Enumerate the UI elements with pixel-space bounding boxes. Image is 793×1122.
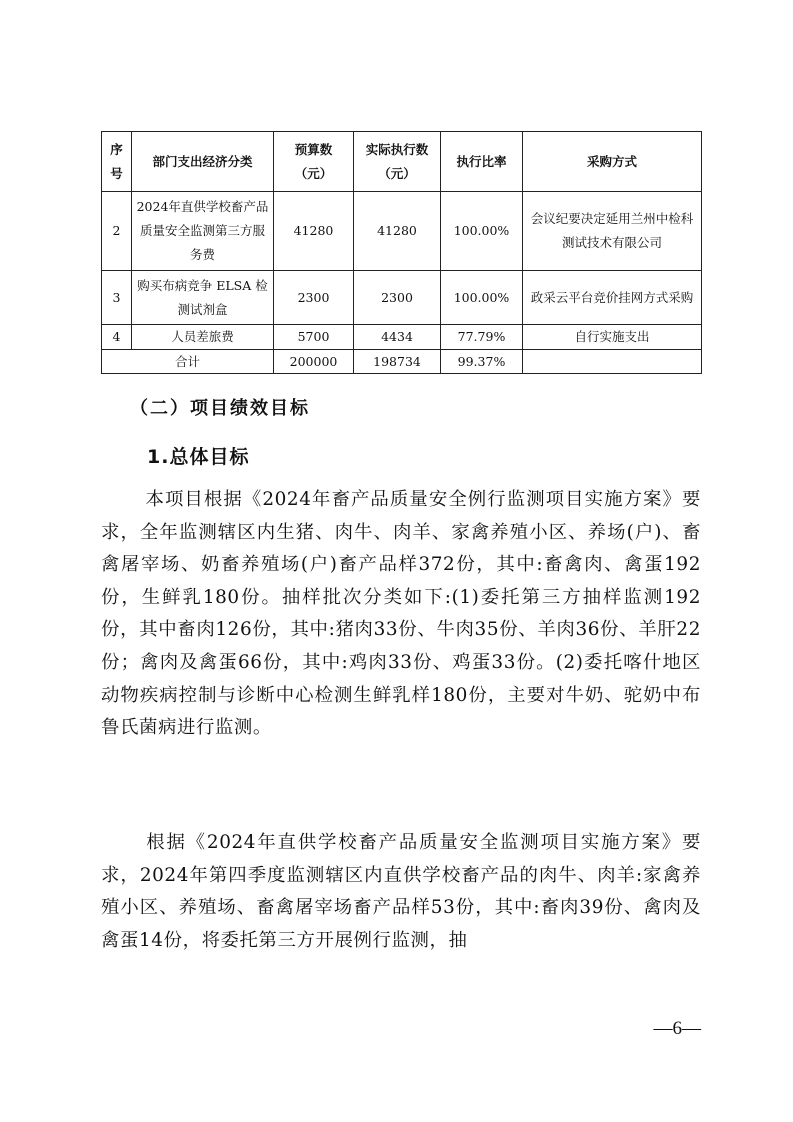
cell-procurement: 政采云平台竞价挂网方式采购	[523, 271, 702, 325]
cell-actual: 4434	[354, 325, 441, 350]
cell-rate: 77.79%	[441, 325, 523, 350]
cell-actual: 41280	[354, 192, 441, 271]
cell-seq: 3	[102, 271, 132, 325]
cell-seq: 2	[102, 192, 132, 271]
cell-seq: 4	[102, 325, 132, 350]
budget-execution-table: 序号 部门支出经济分类 预算数（元） 实际执行数（元） 执行比率 采购方式 2 …	[101, 131, 702, 374]
table-total-row: 合计 200000 198734 99.37%	[102, 350, 702, 374]
total-procurement	[523, 350, 702, 374]
cell-budget: 41280	[274, 192, 354, 271]
section-heading: （二）项目绩效目标	[130, 394, 310, 420]
header-procurement: 采购方式	[523, 132, 702, 192]
paragraph-school-monitoring: 根据《2024年直供学校畜产品质量安全监测项目实施方案》要求，2024年第四季度…	[101, 827, 701, 957]
document-page: 序号 部门支出经济分类 预算数（元） 实际执行数（元） 执行比率 采购方式 2 …	[0, 0, 793, 1122]
header-rate: 执行比率	[441, 132, 523, 192]
paragraph-text: 根据《2024年直供学校畜产品质量安全监测项目实施方案》要求，2024年第四季度…	[101, 832, 701, 951]
total-rate: 99.37%	[441, 350, 523, 374]
header-budget: 预算数（元）	[274, 132, 354, 192]
cell-rate: 100.00%	[441, 271, 523, 325]
cell-category: 人员差旅费	[132, 325, 274, 350]
cell-budget: 2300	[274, 271, 354, 325]
cell-budget: 5700	[274, 325, 354, 350]
cell-procurement: 自行实施支出	[523, 325, 702, 350]
paragraph-overall-goal: 本项目根据《2024年畜产品质量安全例行监测项目实施方案》要求，全年监测辖区内生…	[101, 484, 701, 745]
header-category: 部门支出经济分类	[132, 132, 274, 192]
cell-category: 购买布病竞争 ELSA 检测试剂盒	[132, 271, 274, 325]
subsection-heading: 1.总体目标	[147, 442, 249, 469]
table-row: 4 人员差旅费 5700 4434 77.79% 自行实施支出	[102, 325, 702, 350]
cell-rate: 100.00%	[441, 192, 523, 271]
cell-procurement: 会议纪要决定延用兰州中检科测试技术有限公司	[523, 192, 702, 271]
header-seq: 序号	[102, 132, 132, 192]
total-label: 合计	[102, 350, 274, 374]
table-row: 3 购买布病竞争 ELSA 检测试剂盒 2300 2300 100.00% 政采…	[102, 271, 702, 325]
paragraph-text: 本项目根据《2024年畜产品质量安全例行监测项目实施方案》要求，全年监测辖区内生…	[101, 489, 701, 738]
table-row: 2 2024年直供学校畜产品质量安全监测第三方服务费 41280 41280 1…	[102, 192, 702, 271]
cell-category: 2024年直供学校畜产品质量安全监测第三方服务费	[132, 192, 274, 271]
total-budget: 200000	[274, 350, 354, 374]
table-header-row: 序号 部门支出经济分类 预算数（元） 实际执行数（元） 执行比率 采购方式	[102, 132, 702, 192]
page-number: —6—	[654, 1018, 702, 1040]
cell-actual: 2300	[354, 271, 441, 325]
header-actual: 实际执行数（元）	[354, 132, 441, 192]
total-actual: 198734	[354, 350, 441, 374]
